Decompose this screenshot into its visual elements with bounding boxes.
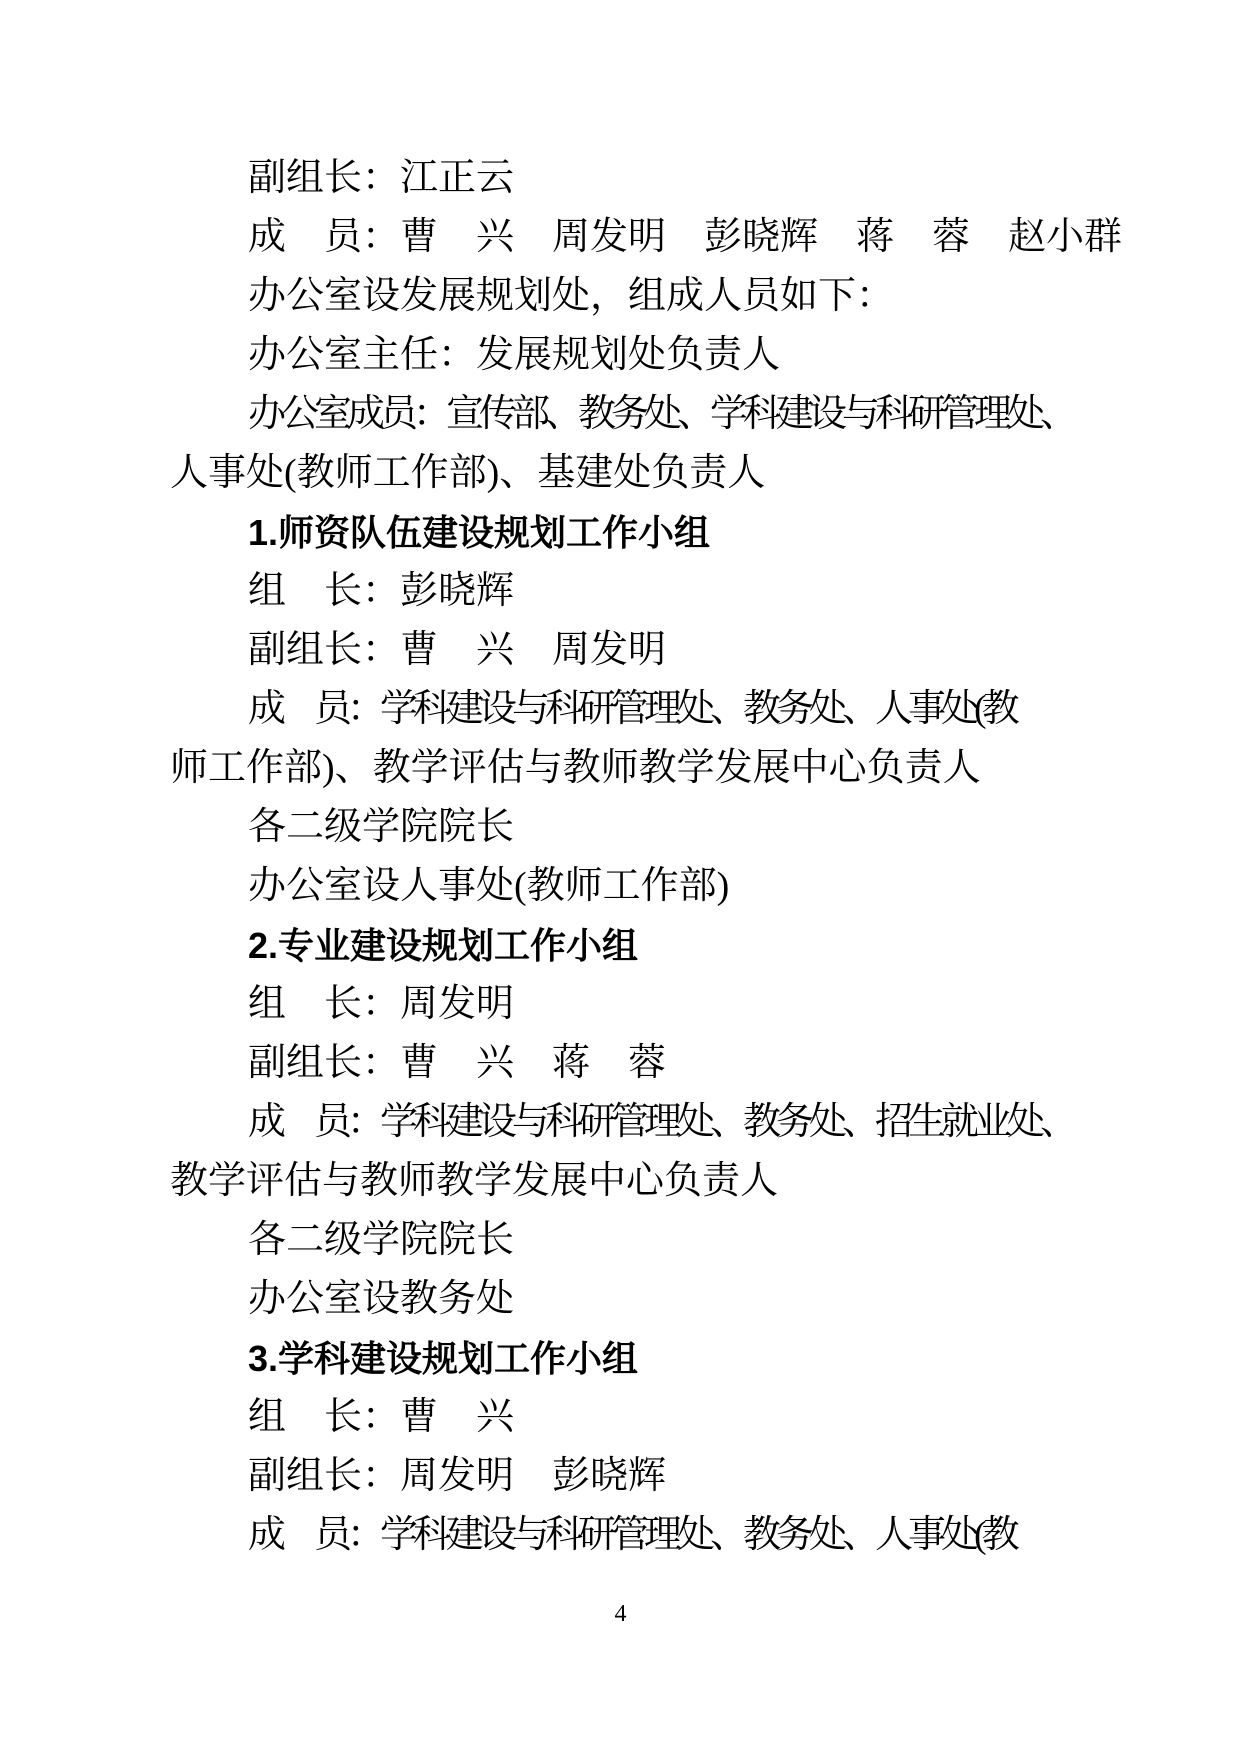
doc-line: 师工作部)、教学评估与教师教学发展中心负责人 xyxy=(170,739,1070,798)
doc-line: 副组长：曹 兴 周发明 xyxy=(170,621,1070,680)
doc-line: 组 长：周发明 xyxy=(170,975,1070,1034)
doc-line: 各二级学院院长 xyxy=(170,1211,1070,1270)
doc-line: 办公室设人事处(教师工作部) xyxy=(170,857,1070,916)
document-page: 副组长：江正云 成 员：曹 兴 周发明 彭晓辉 蒋 蓉 赵小群 办公室设发展规划… xyxy=(0,0,1241,1755)
doc-line: 教学评估与教师教学发展中心负责人 xyxy=(170,1152,1070,1211)
doc-line: 成 员：学科建设与科研管理处、教务处、招生就业处、 xyxy=(170,1093,1070,1152)
section-3-heading: 3.学科建设规划工作小组 xyxy=(170,1329,1070,1388)
page-number: 4 xyxy=(0,1598,1241,1630)
doc-line: 成 员：学科建设与科研管理处、教务处、人事处(教 xyxy=(170,680,1070,739)
section-2-heading: 2.专业建设规划工作小组 xyxy=(170,916,1070,975)
doc-line: 办公室设发展规划处，组成人员如下： xyxy=(170,267,1070,326)
doc-line: 副组长：曹 兴 蒋 蓉 xyxy=(170,1034,1070,1093)
section-1-heading: 1.师资队伍建设规划工作小组 xyxy=(170,503,1070,562)
doc-line: 人事处(教师工作部)、基建处负责人 xyxy=(170,444,1070,503)
doc-line: 成 员：学科建设与科研管理处、教务处、人事处(教 xyxy=(170,1506,1070,1565)
doc-line: 办公室设教务处 xyxy=(170,1270,1070,1329)
doc-line: 办公室主任：发展规划处负责人 xyxy=(170,326,1070,385)
doc-line: 组 长：曹 兴 xyxy=(170,1388,1070,1447)
document-content: 副组长：江正云 成 员：曹 兴 周发明 彭晓辉 蒋 蓉 赵小群 办公室设发展规划… xyxy=(170,149,1070,1565)
doc-line: 副组长：周发明 彭晓辉 xyxy=(170,1447,1070,1506)
doc-line: 组 长：彭晓辉 xyxy=(170,562,1070,621)
doc-line: 副组长：江正云 xyxy=(170,149,1070,208)
doc-line: 各二级学院院长 xyxy=(170,798,1070,857)
doc-line: 办公室成员：宣传部、教务处、学科建设与科研管理处、 xyxy=(170,385,1070,444)
doc-line: 成 员：曹 兴 周发明 彭晓辉 蒋 蓉 赵小群 xyxy=(170,208,1070,267)
